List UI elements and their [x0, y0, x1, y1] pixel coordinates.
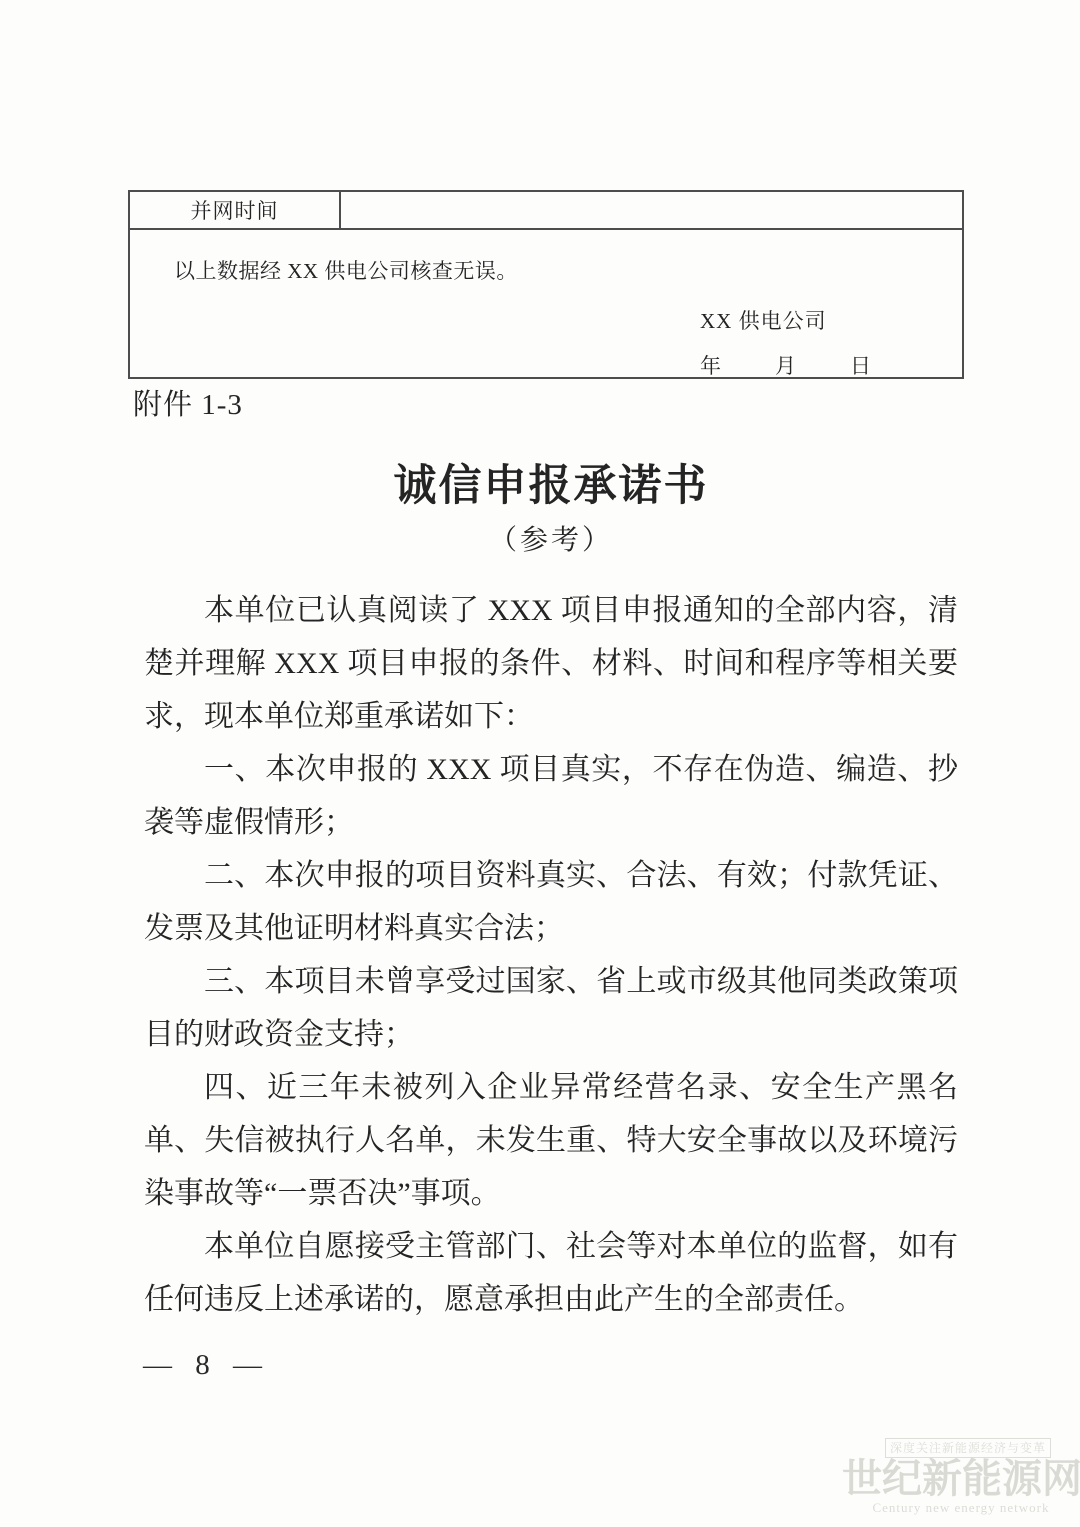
body-paragraph-item-2: 二、本次申报的项目资料真实、合法、有效；付款凭证、发票及其他证明材料真实合法；	[144, 849, 958, 955]
body-paragraph-closing: 本单位自愿接受主管部门、社会等对本单位的监督，如有任何违反上述承诺的，愿意承担由…	[144, 1220, 958, 1326]
body-paragraph-item-1: 一、本次申报的 XXX 项目真实，不存在伪造、编造、抄袭等虚假情形；	[144, 743, 958, 849]
document-body: 本单位已认真阅读了 XXX 项目申报通知的全部内容，清楚并理解 XXX 项目申报…	[144, 584, 958, 1326]
grid-connection-table: 并网时间 以上数据经 XX 供电公司核查无误。 XX 供电公司 年 月 日	[128, 190, 964, 379]
watermark-site-name: 世纪新能源网	[842, 1458, 1080, 1500]
date-month-label: 月	[775, 350, 796, 380]
company-signature: XX 供电公司	[700, 305, 827, 335]
date-line: 年 月 日	[700, 350, 871, 380]
table-row: 并网时间	[130, 192, 962, 230]
body-paragraph-item-4: 四、近三年未被列入企业异常经营名录、安全生产黑名单、失信被执行人名单，未发生重、…	[144, 1061, 958, 1220]
watermark-tagline: 深度关注新能源经济与变革	[885, 1438, 1051, 1458]
page-subtitle: （参考）	[144, 518, 958, 558]
page-title: 诚信申报承诺书	[144, 452, 958, 513]
attachment-label: 附件 1-3	[133, 382, 243, 423]
watermark: 深度关注新能源经济与变革 世纪新能源网 Century new energy n…	[842, 1438, 1080, 1515]
page-number: — 8 —	[143, 1349, 270, 1382]
table-cell-grid-time-label: 并网时间	[130, 192, 341, 228]
table-verification-cell: 以上数据经 XX 供电公司核查无误。 XX 供电公司 年 月 日	[130, 230, 962, 377]
body-paragraph-item-3: 三、本项目未曾享受过国家、省上或市级其他同类政策项目的财政资金支持；	[144, 955, 958, 1061]
watermark-site-name-english: Century new energy network	[842, 1500, 1080, 1515]
verification-note: 以上数据经 XX 供电公司核查无误。	[174, 255, 518, 285]
body-paragraph-intro: 本单位已认真阅读了 XXX 项目申报通知的全部内容，清楚并理解 XXX 项目申报…	[144, 584, 958, 743]
date-year-label: 年	[700, 350, 721, 380]
document-page: 并网时间 以上数据经 XX 供电公司核查无误。 XX 供电公司 年 月 日 附件…	[0, 0, 1080, 1527]
date-day-label: 日	[850, 350, 871, 380]
table-cell-grid-time-value	[341, 192, 962, 228]
